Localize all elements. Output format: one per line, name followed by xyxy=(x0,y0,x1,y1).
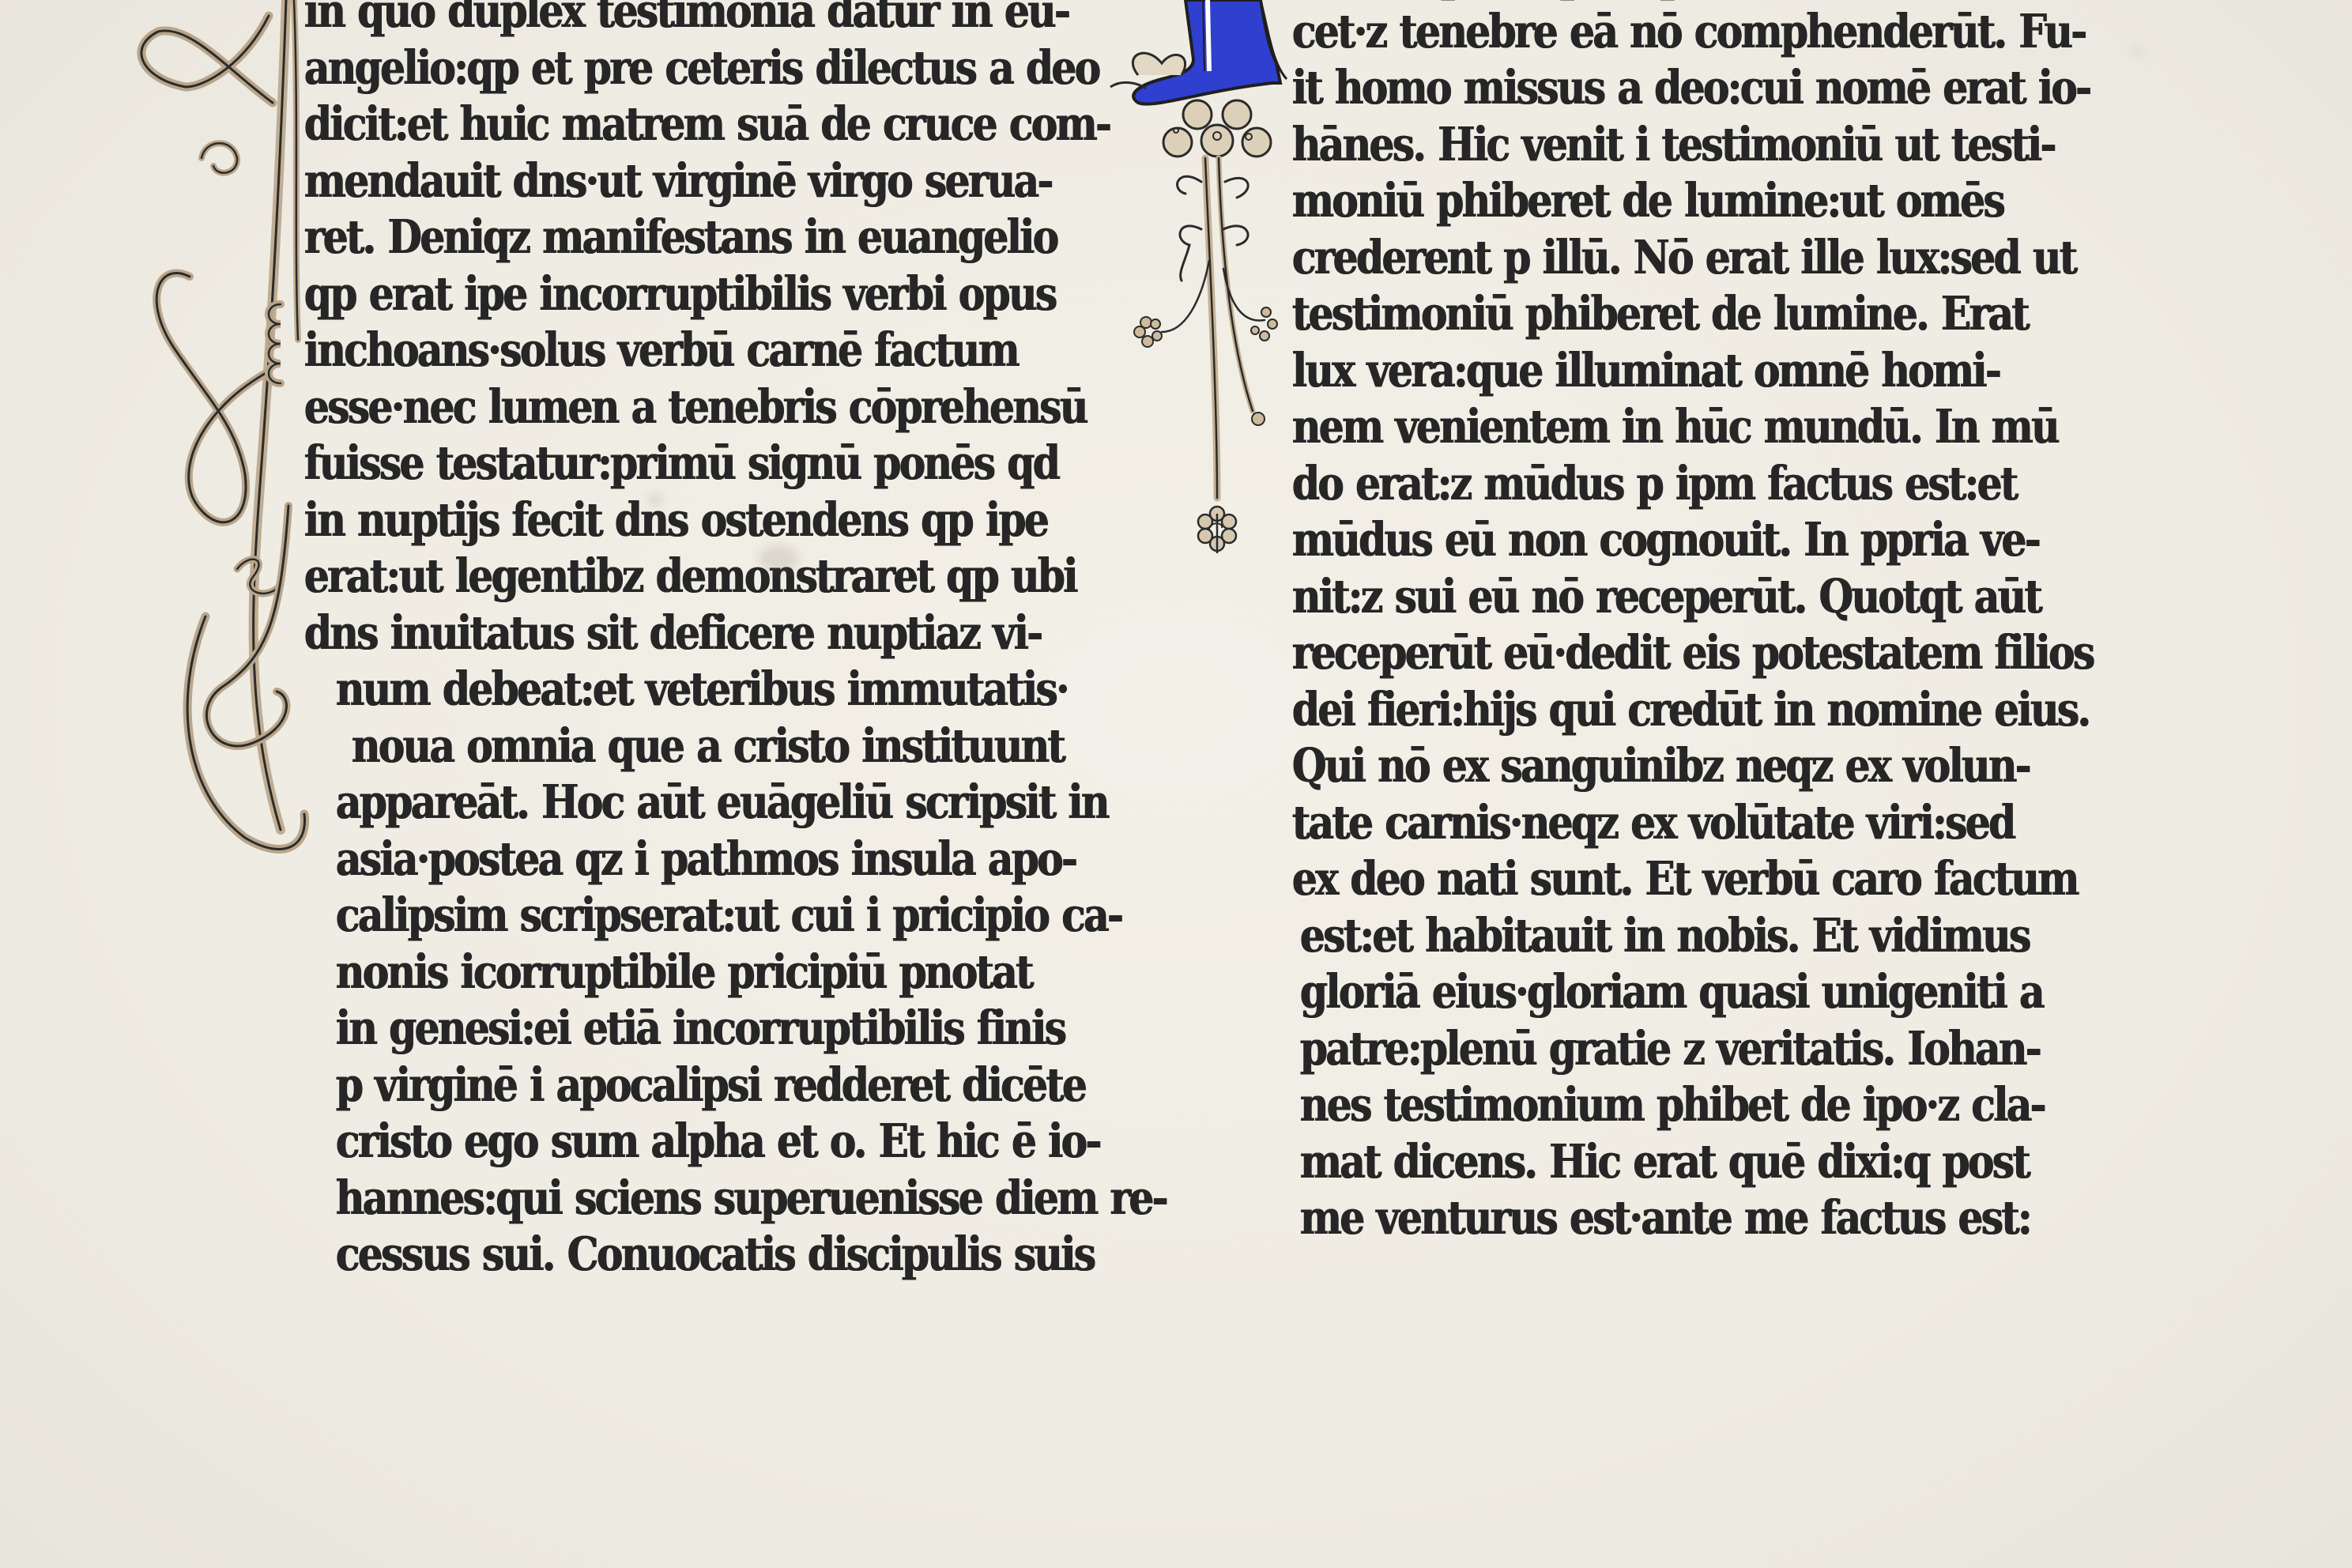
paper-smudge xyxy=(759,545,798,572)
left-text-column: in quo duplex testimonia datur in eu- an… xyxy=(304,0,1142,1283)
right-text-column: erat in principio apud deum. Omnia cet·z… xyxy=(1292,2,2098,1246)
text-line: cessus sui. Conuocatis discipulis suis xyxy=(304,1221,1142,1287)
paper-smudge xyxy=(2134,47,2142,55)
paper-smudge xyxy=(648,494,662,505)
manuscript-page: in quo duplex testimonia datur in eu- an… xyxy=(0,0,2352,1568)
text-line: me venturus est·ante me factus est: xyxy=(1292,1185,2098,1251)
